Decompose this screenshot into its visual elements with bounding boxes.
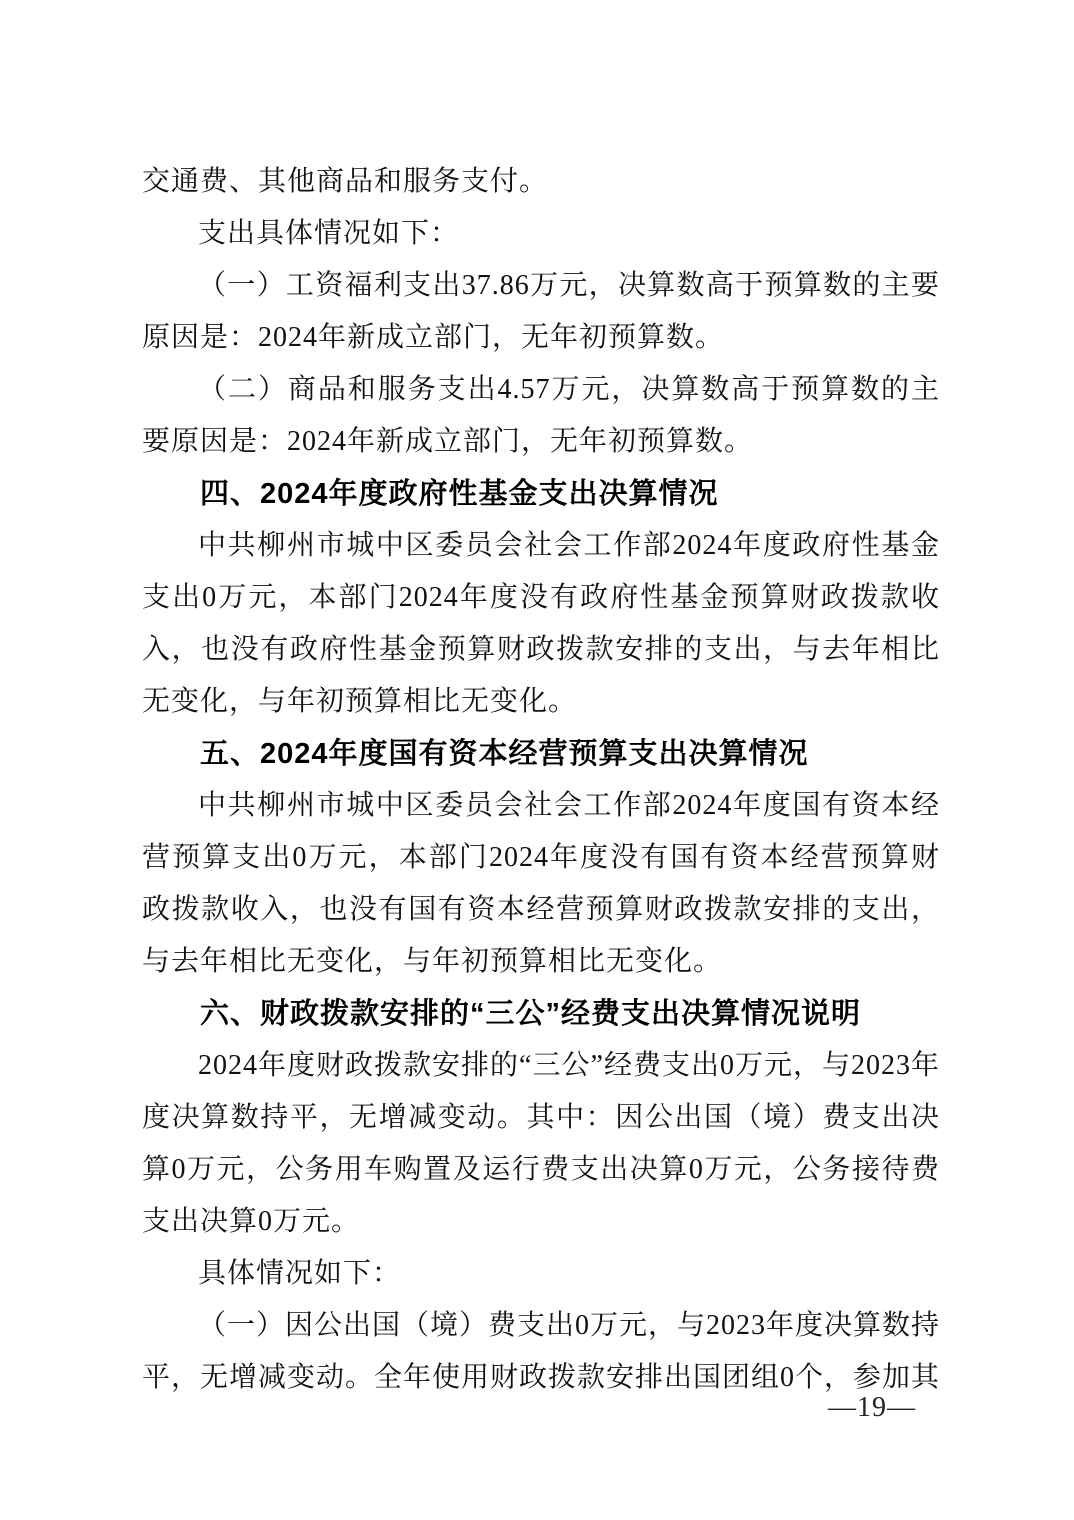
body-paragraph: 具体情况如下：: [142, 1248, 940, 1300]
body-paragraph: 中共柳州市城中区委员会社会工作部2024年度国有资本经营预算支出0万元，本部门2…: [142, 780, 940, 988]
document-body: 交通费、其他商品和服务支付。支出具体情况如下：（一）工资福利支出37.86万元，…: [142, 156, 940, 1404]
document-page: 交通费、其他商品和服务支付。支出具体情况如下：（一）工资福利支出37.86万元，…: [0, 0, 1074, 1520]
section-heading: 四、2024年度政府性基金支出决算情况: [142, 468, 940, 520]
body-paragraph: 交通费、其他商品和服务支付。: [142, 156, 940, 208]
body-paragraph: 支出具体情况如下：: [142, 208, 940, 260]
section-heading: 五、2024年度国有资本经营预算支出决算情况: [142, 728, 940, 780]
page-number: —19—: [828, 1392, 916, 1424]
body-paragraph: 2024年度财政拨款安排的“三公”经费支出0万元，与2023年度决算数持平，无增…: [142, 1040, 940, 1248]
section-heading: 六、财政拨款安排的“三公”经费支出决算情况说明: [142, 988, 940, 1040]
body-paragraph: （一）工资福利支出37.86万元，决算数高于预算数的主要原因是：2024年新成立…: [142, 260, 940, 364]
body-paragraph: （二）商品和服务支出4.57万元，决算数高于预算数的主要原因是：2024年新成立…: [142, 364, 940, 468]
body-paragraph: 中共柳州市城中区委员会社会工作部2024年度政府性基金支出0万元，本部门2024…: [142, 520, 940, 728]
body-paragraph: （一）因公出国（境）费支出0万元，与2023年度决算数持平，无增减变动。全年使用…: [142, 1300, 940, 1404]
